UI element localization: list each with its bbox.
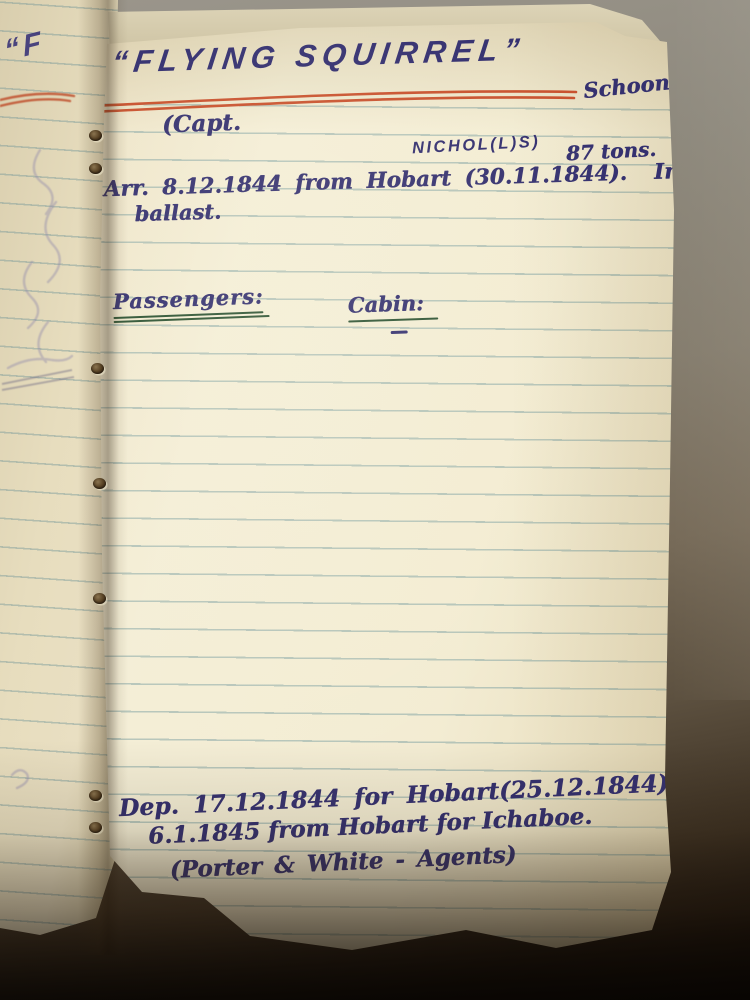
punch-hole-icon [89, 790, 102, 801]
punch-hole-icon [89, 163, 102, 174]
page-vignette [0, 0, 750, 1000]
punch-hole-icon [93, 478, 106, 489]
punch-hole-icon [91, 363, 104, 374]
punch-hole-icon [89, 822, 102, 833]
edge-highlight [670, 0, 750, 700]
punch-hole-icon [89, 130, 102, 141]
punch-hole-icon [93, 593, 106, 604]
notebook-photo: “F “FLYING SQUIRREL” Schooner. (Capt. NI… [0, 0, 750, 1000]
record-page: “FLYING SQUIRREL” Schooner. (Capt. NICHO… [0, 0, 750, 1000]
